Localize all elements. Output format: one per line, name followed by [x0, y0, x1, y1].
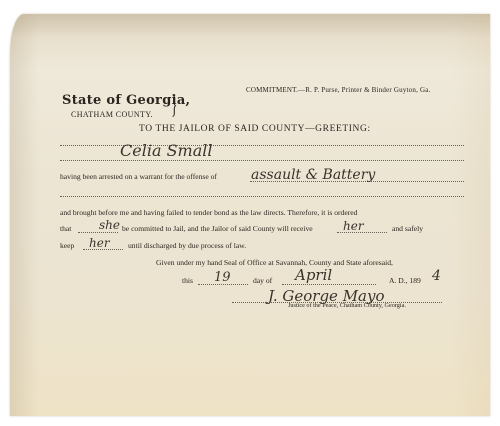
prisoner-name: Celia Small [120, 141, 212, 160]
brought-text: and brought before me and having failed … [60, 208, 357, 217]
pronoun-subject: she [99, 218, 120, 232]
county-title: CHATHAM COUNTY. [71, 110, 153, 119]
that-text: that [60, 224, 71, 233]
committed-text: be committed to Jail, and the Jailor of … [122, 224, 313, 233]
ad-text: A. D., 189 [389, 276, 421, 285]
day-of-text: day of [253, 276, 272, 285]
justice-title: Justice of the Peace, Chatham County, Ge… [288, 302, 406, 309]
year-value: 4 [432, 268, 441, 284]
day-value: 19 [214, 270, 231, 285]
pronoun-object-1: her [343, 219, 364, 233]
until-text: until discharged by due process of law. [128, 241, 246, 250]
arrested-text: having been arrested on a warrant for th… [60, 172, 217, 181]
safely-text: and safely [392, 224, 423, 233]
greeting-heading: TO THE JAILOR OF SAID COUNTY—GREETING: [139, 124, 371, 134]
this-text: this [182, 276, 193, 285]
printer-line: COMMITMENT.—R. P. Purse, Printer & Binde… [246, 86, 431, 94]
offense-line-2 [60, 196, 464, 197]
name-line-2 [60, 160, 464, 161]
keep-text: keep [60, 241, 74, 250]
offense: assault & Battery [251, 167, 375, 183]
month-line [282, 284, 376, 285]
pronoun-line-1 [78, 232, 118, 233]
month-value: April [295, 266, 332, 284]
brace-mark: } [171, 90, 177, 120]
pronoun-object-2: her [89, 236, 110, 250]
given-text: Given under my hand Seal of Office at Sa… [156, 258, 393, 267]
